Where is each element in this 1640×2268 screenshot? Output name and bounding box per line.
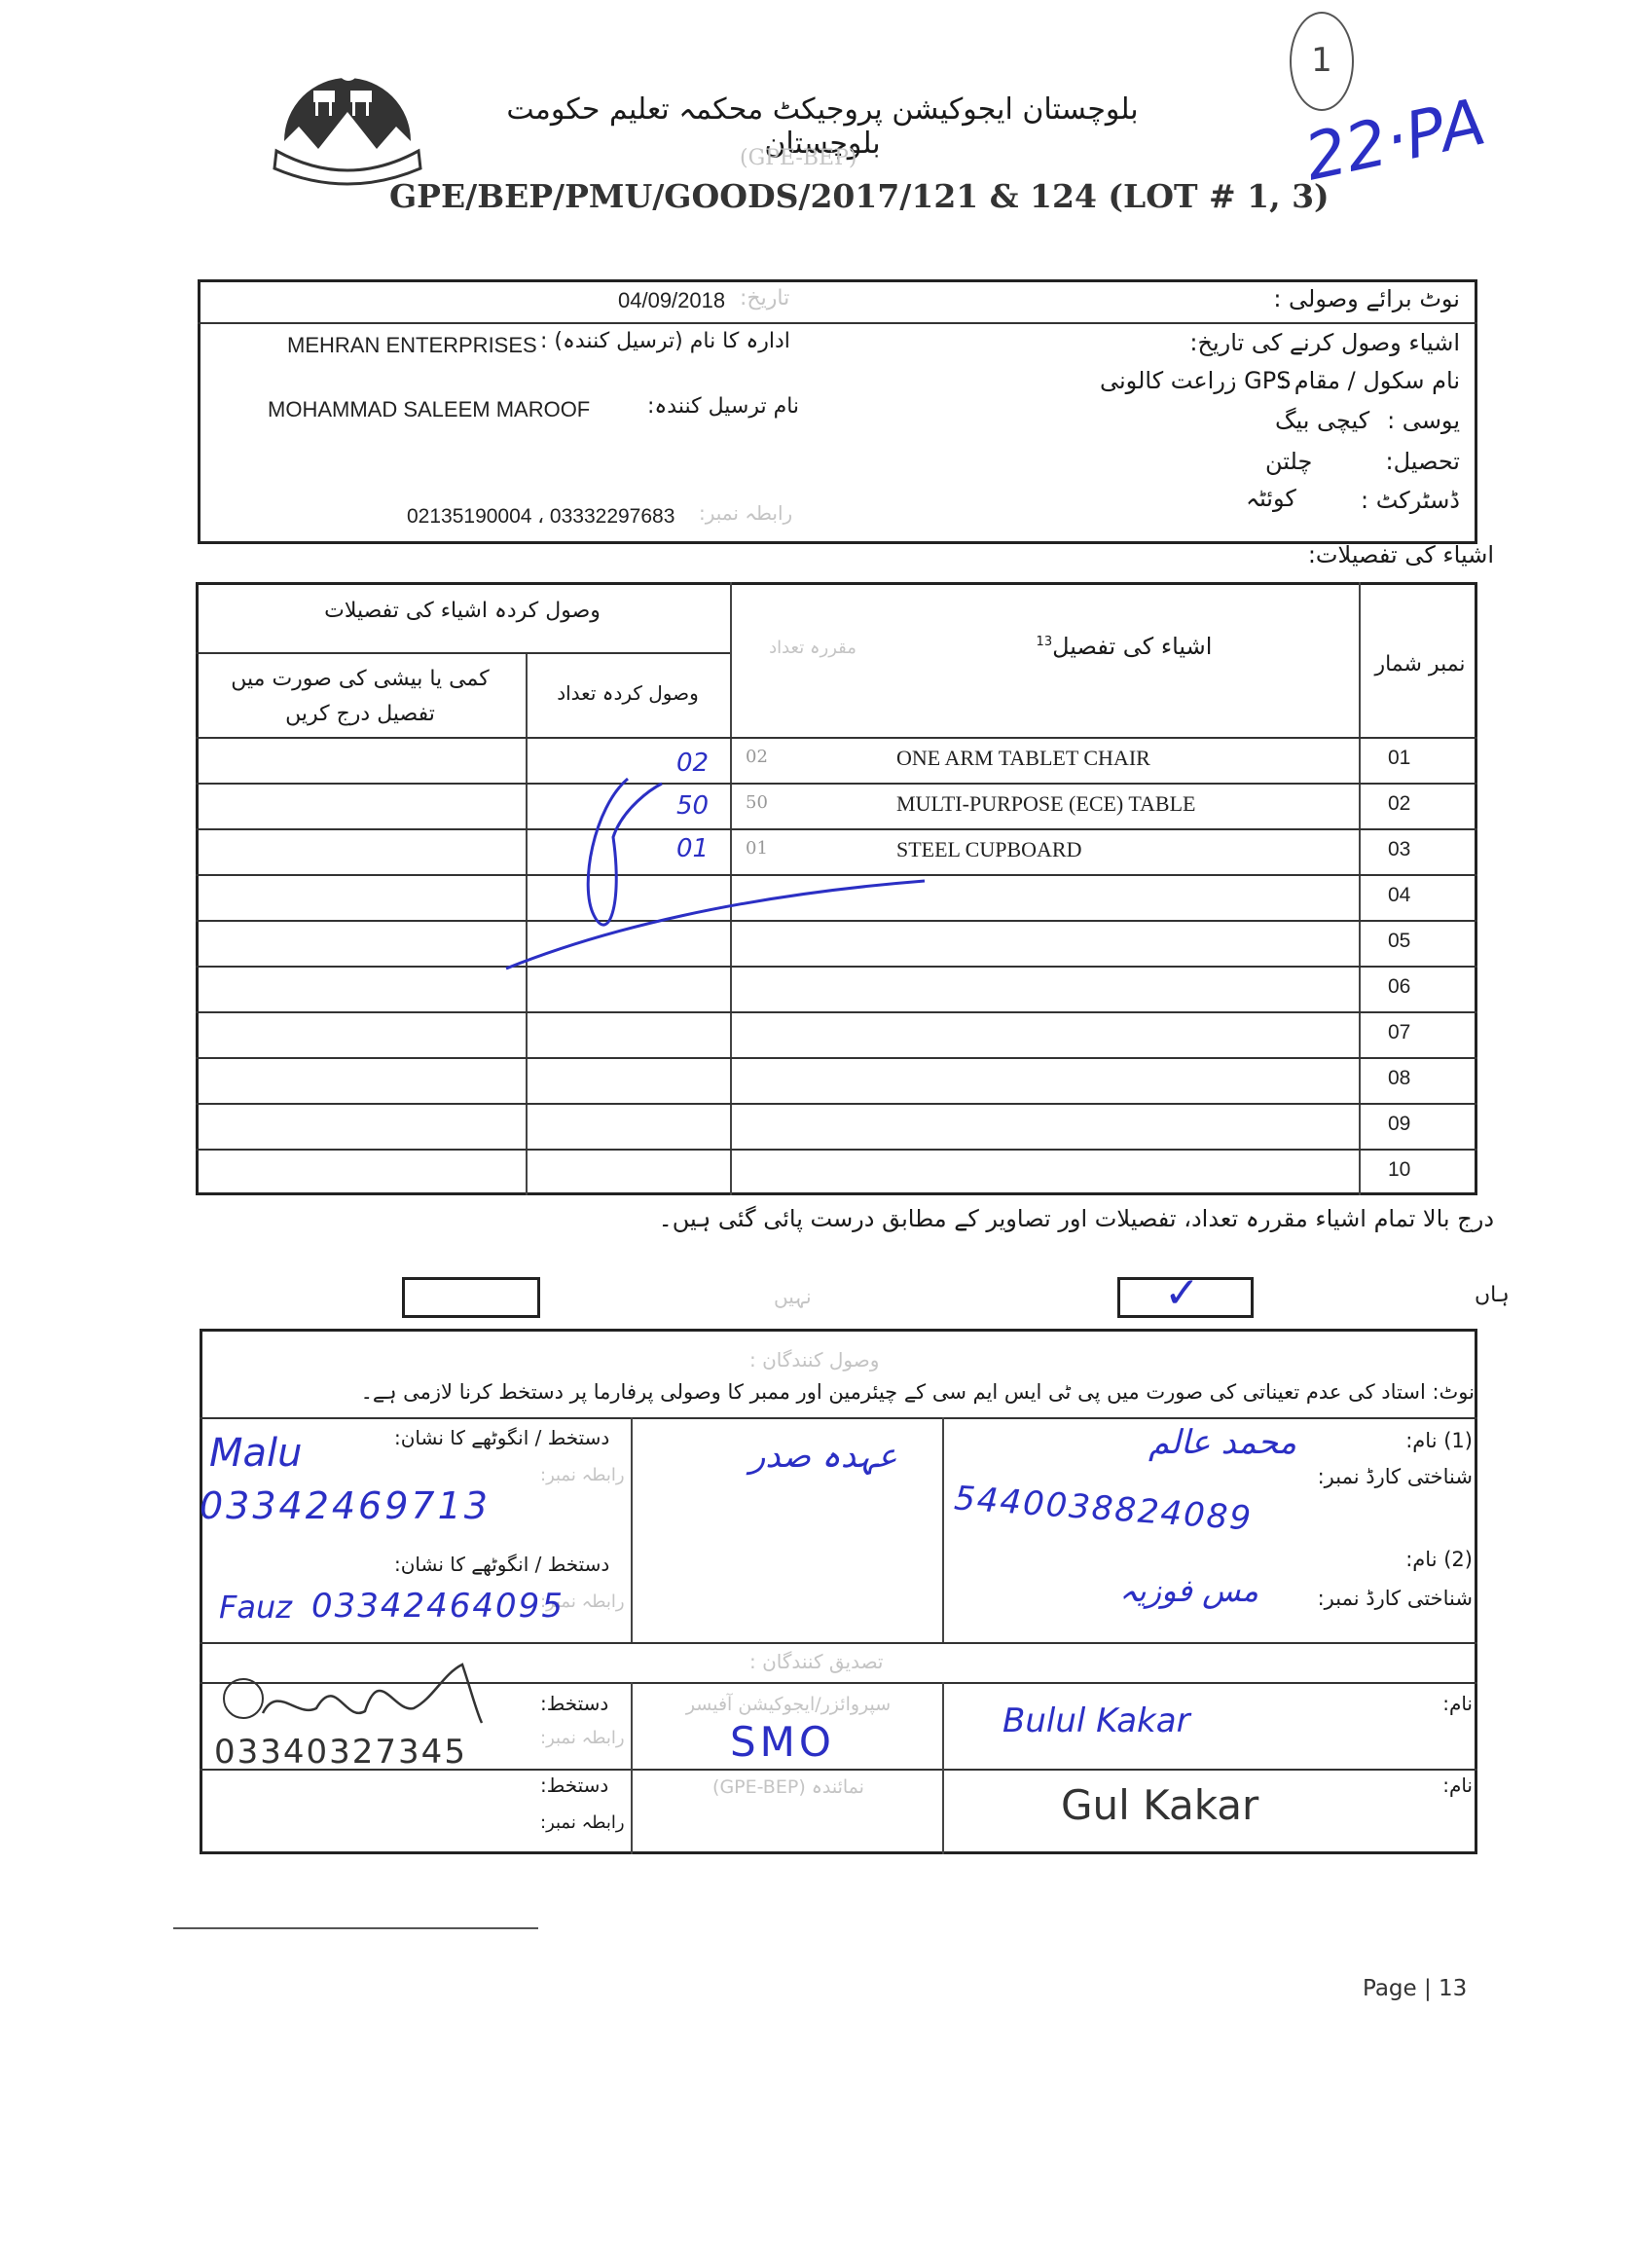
col-divider xyxy=(942,1417,944,1642)
receiver-1-name: محمد عالم xyxy=(1148,1423,1296,1462)
supplier-person-label: نام ترسیل کنندہ: xyxy=(647,394,799,419)
table-row: 10 xyxy=(196,1149,1477,1194)
divider xyxy=(198,322,1477,324)
date-label: تاریخ: xyxy=(740,286,789,311)
row-description: MULTI-PURPOSE (ECE) TABLE xyxy=(896,791,1195,817)
receiver-1-signature: Malu xyxy=(209,1431,303,1476)
col-header-received-qty: وصول کردہ تعداد xyxy=(530,681,725,705)
yes-checkbox[interactable]: ✓ xyxy=(1117,1277,1254,1318)
table-row: 09 xyxy=(196,1103,1477,1149)
verifier-2-name: Gul Kakar xyxy=(1061,1781,1258,1829)
supplier-org-label: ادارہ کا نام (ترسیل کنندہ) : xyxy=(540,329,790,353)
row-serial: 01 xyxy=(1388,747,1410,770)
col-header-remarks: کمی یا بیشی کی صورت میں تفصیل درج کریں xyxy=(209,662,511,732)
receiver-2-cnic-label: شناختی کارڈ نمبر: xyxy=(1318,1587,1473,1610)
receiver-1-signature-label: دستخط / انگوٹھے کا نشان: xyxy=(394,1426,609,1449)
divider xyxy=(200,1642,1477,1644)
verifier-1-role: SMO xyxy=(730,1718,835,1766)
receiving-date-label: اشیاء وصول کرنے کی تاریخ: xyxy=(1189,329,1460,356)
handwritten-strike-mark xyxy=(487,750,934,983)
receiver-2-signature: Fauz xyxy=(219,1589,292,1626)
col-divider xyxy=(631,1417,633,1642)
yes-label: ہاں xyxy=(1475,1283,1510,1307)
verifier-2-role-label: نمائندہ (GPE-BEP) xyxy=(642,1776,934,1798)
table-row: 07 xyxy=(196,1011,1477,1057)
col-header-prescribed-qty: مقررہ تعداد xyxy=(740,638,886,658)
verifier-1-name-label: نام: xyxy=(1442,1692,1473,1715)
verifier-1-contact-label: رابطہ نمبر: xyxy=(540,1728,625,1748)
verifier-2-contact-label: رابطہ نمبر: xyxy=(540,1812,625,1833)
divider xyxy=(200,1417,1477,1419)
row-serial: 02 xyxy=(1388,792,1410,816)
district-value: کوئٹہ xyxy=(1246,485,1296,512)
tehsil-value: چلتن xyxy=(1265,448,1312,475)
row-serial: 04 xyxy=(1388,884,1410,907)
receiver-1-cnic-label: شناختی کارڈ نمبر: xyxy=(1318,1465,1473,1488)
supplier-org-value: MEHRAN ENTERPRISES xyxy=(287,333,537,358)
contact-value: 02135190004 ، 03332297683 xyxy=(407,504,674,529)
org-abbrev: (GPE-BEP) xyxy=(740,146,856,170)
receiver-1-designation: عہدہ صدر xyxy=(749,1436,897,1476)
header-subdivider xyxy=(196,652,730,654)
verifier-1-name: Bulul Kakar xyxy=(1002,1701,1190,1740)
col-header-serial: نمبر شمار xyxy=(1363,652,1477,677)
school-value: GPS زراعت کالونی xyxy=(1100,367,1291,394)
row-serial: 05 xyxy=(1388,930,1410,953)
receiver-2-name: مس فوزیہ xyxy=(1119,1572,1258,1609)
receiver-1-contact-label: رابطہ نمبر: xyxy=(540,1465,625,1485)
supplier-person-value: MOHAMMAD SALEEM MAROOF xyxy=(268,397,590,422)
row-serial: 08 xyxy=(1388,1067,1410,1090)
date-value: 04/09/2018 xyxy=(618,288,725,313)
confirmation-statement: درج بالا تمام اشیاء مقررہ تعداد، تفصیلات… xyxy=(659,1205,1494,1232)
row-serial: 10 xyxy=(1388,1158,1410,1182)
verifier-1-signature-label: دستخط: xyxy=(540,1692,608,1715)
procurement-reference: GPE/BEP/PMU/GOODS/2017/121 & 124 (LOT # … xyxy=(389,177,1330,215)
school-label: نام سکول / مقام : xyxy=(1279,367,1460,394)
items-section-title: اشیاء کی تفصیلات: xyxy=(1308,541,1494,568)
logo xyxy=(265,54,430,190)
page-number: Page | 13 xyxy=(1363,1976,1467,2001)
receivers-section-label: وصول کنندگان : xyxy=(749,1348,879,1372)
receiver-1-contact: 03342469713 xyxy=(200,1484,491,1527)
tehsil-label: تحصیل: xyxy=(1386,448,1461,475)
col-header-received-group: وصول کردہ اشیاء کی تفصیلات xyxy=(243,599,681,623)
row-serial: 07 xyxy=(1388,1021,1410,1044)
col-header-description: اشیاء کی تفصیل13 xyxy=(1002,633,1246,660)
verifier-2-signature-label: دستخط: xyxy=(540,1774,608,1797)
check-mark-icon: ✓ xyxy=(1164,1268,1200,1318)
row-serial: 03 xyxy=(1388,838,1410,861)
table-row: 08 xyxy=(196,1057,1477,1103)
verifier-1-role-label: سپروائزر/ایجوکیشن آفیسر xyxy=(642,1694,934,1715)
receiver-1-name-label: (1) نام: xyxy=(1405,1429,1473,1452)
no-label: نہیں xyxy=(774,1285,812,1308)
col-divider xyxy=(942,1682,944,1854)
uc-value: کیچی بیگ xyxy=(1275,407,1369,434)
col-divider xyxy=(631,1682,633,1854)
verifier-1-signature xyxy=(209,1655,521,1742)
verification-section-label: تصدیق کنندگان : xyxy=(749,1650,884,1673)
contact-label: رابطہ نمبر: xyxy=(699,501,792,525)
verifier-2-name-label: نام: xyxy=(1442,1774,1473,1797)
receiver-2-contact: 03342464095 xyxy=(311,1587,565,1626)
note-label: نوٹ برائے وصولی : xyxy=(1273,285,1460,312)
receivers-note: نوٹ: استاد کی عدم تعیناتی کی صورت میں پی… xyxy=(361,1380,1475,1404)
footnote-divider xyxy=(173,1927,538,1929)
verifier-1-contact: 03340327345 xyxy=(214,1733,467,1772)
district-label: ڈسٹرکٹ : xyxy=(1361,487,1460,514)
row-serial: 06 xyxy=(1388,975,1410,999)
no-checkbox[interactable] xyxy=(402,1277,540,1318)
uc-label: یوسی : xyxy=(1387,407,1460,434)
row-serial: 09 xyxy=(1388,1113,1410,1136)
row-description: ONE ARM TABLET CHAIR xyxy=(896,746,1150,771)
receiver-2-signature-label: دستخط / انگوٹھے کا نشان: xyxy=(394,1553,609,1576)
annotation-circle: 1 xyxy=(1290,12,1354,111)
receiver-2-name-label: (2) نام: xyxy=(1405,1548,1473,1571)
